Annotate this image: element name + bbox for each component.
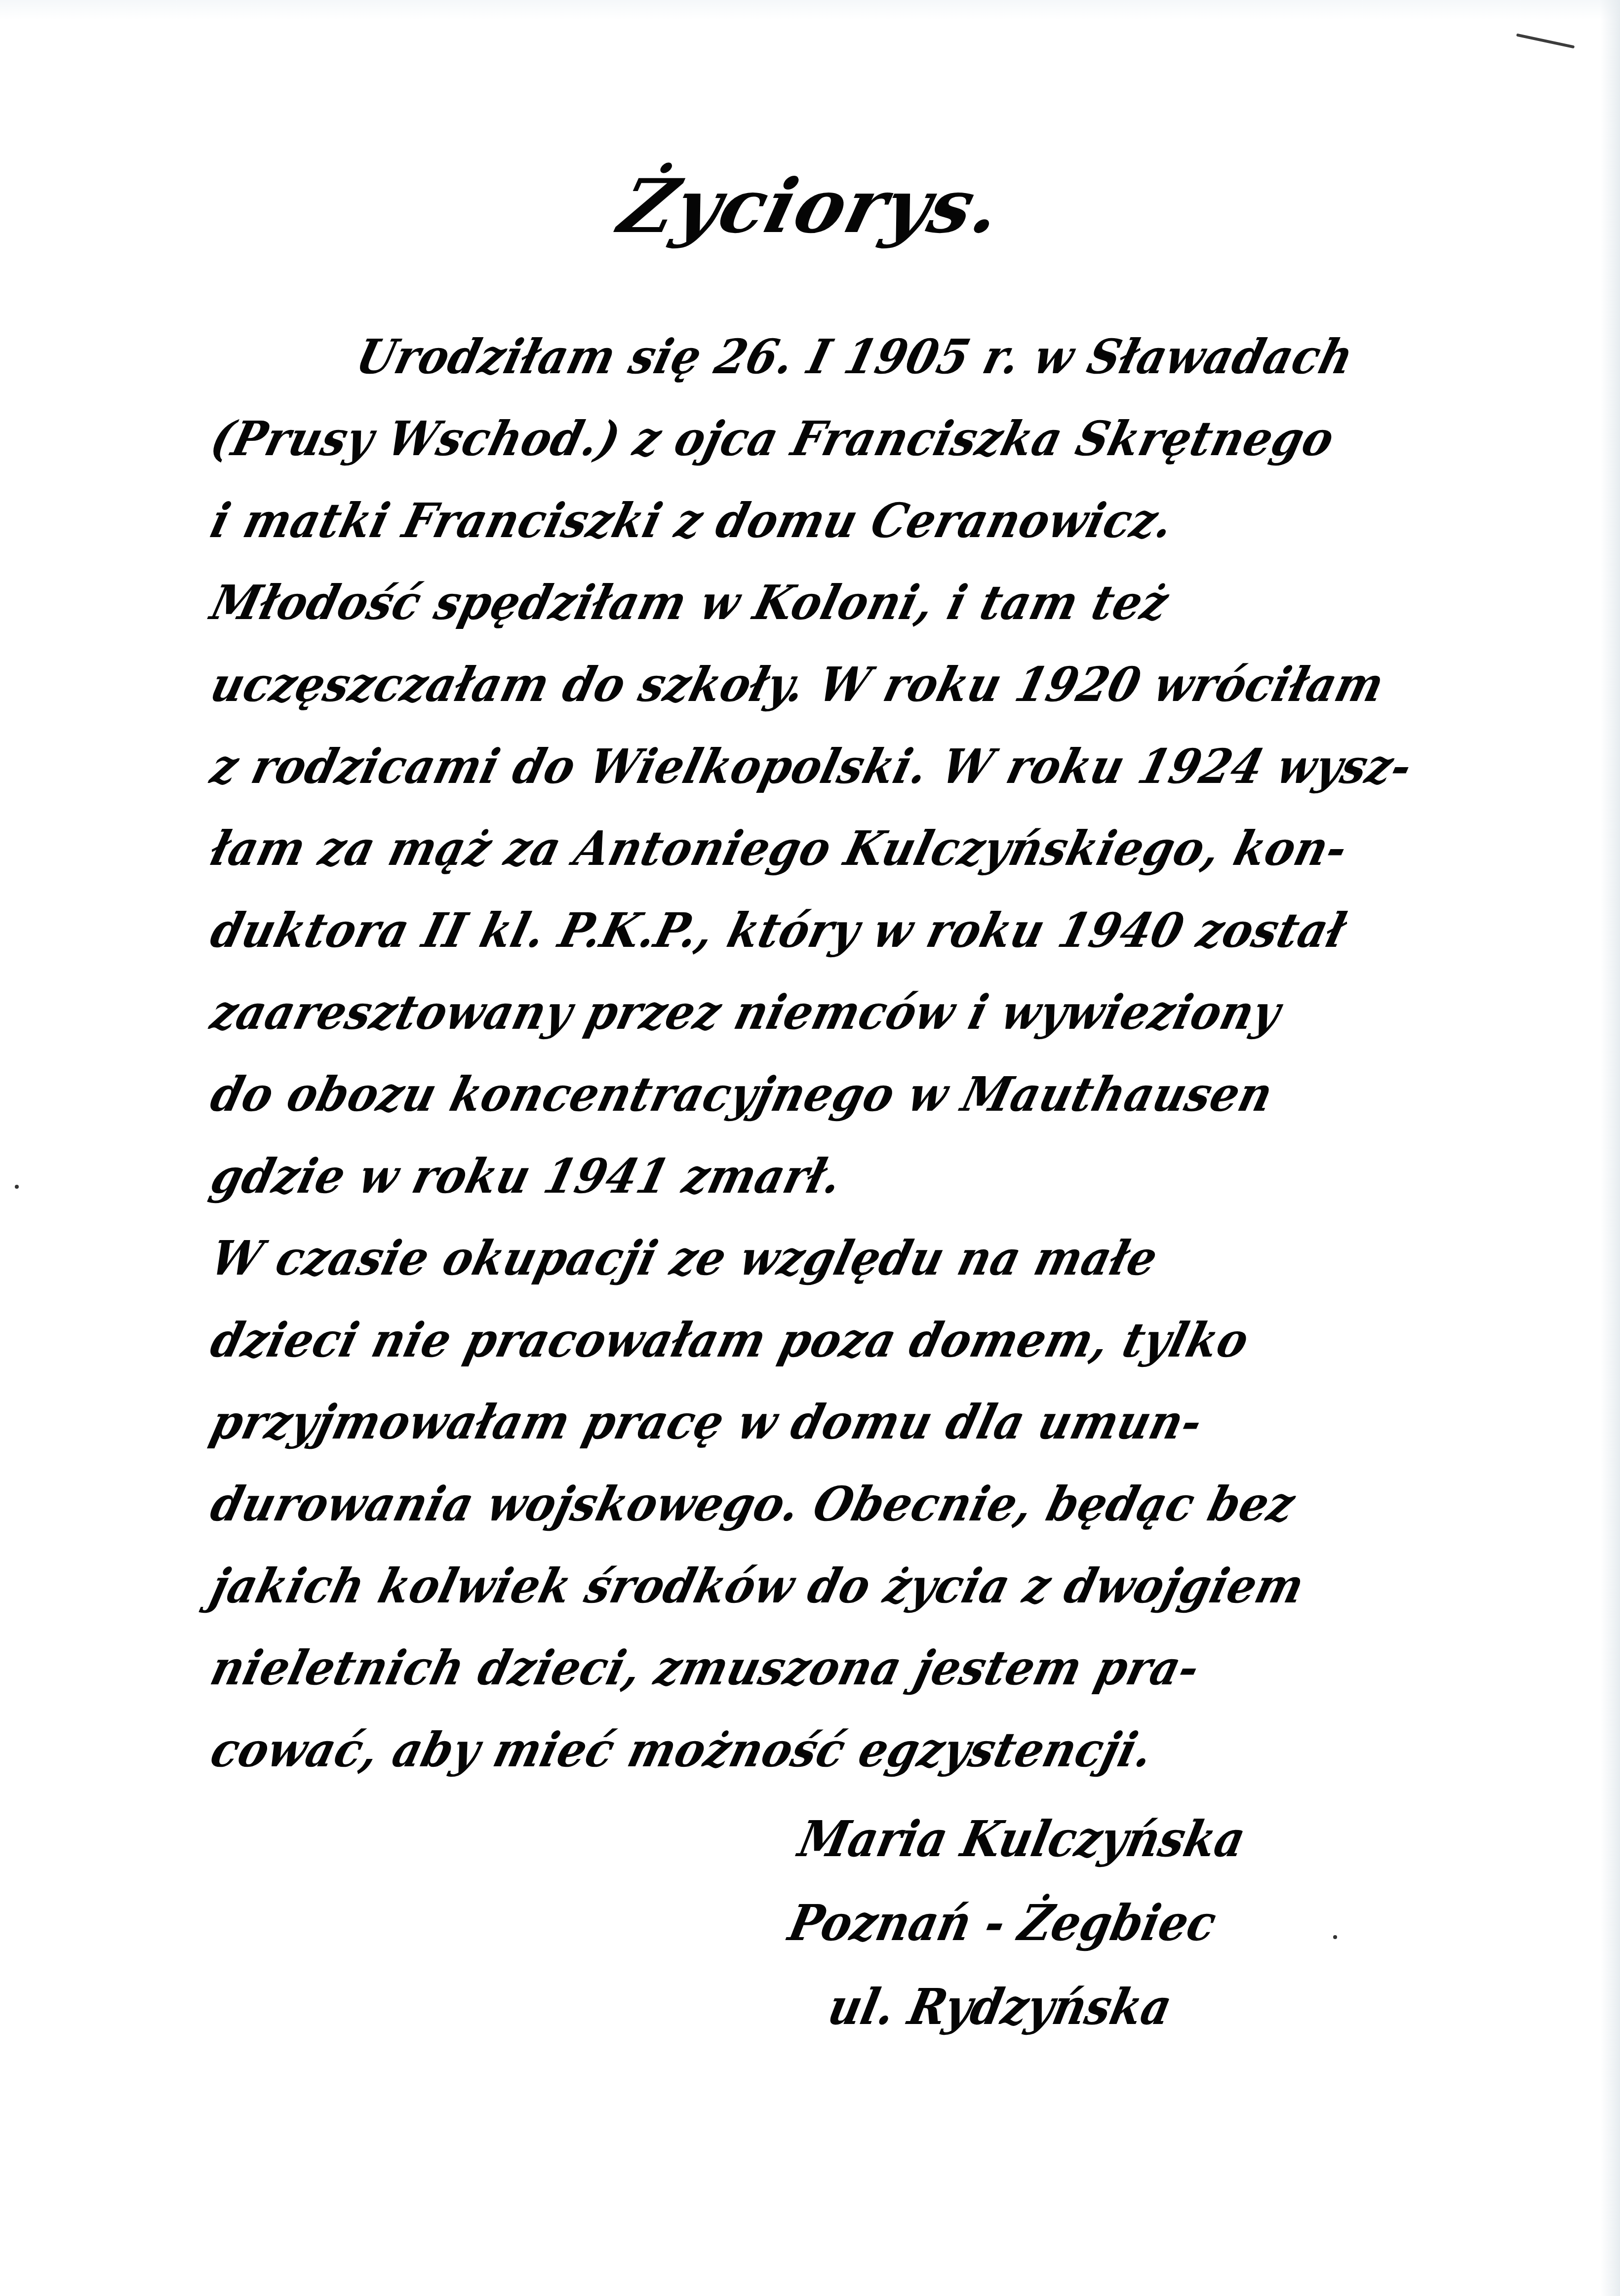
pen-mark (1516, 34, 1575, 49)
margin-speck (1333, 1935, 1337, 1939)
body-line: przyjmowałam pracę w domu dla umun- (202, 1381, 1449, 1463)
signature-name: Maria Kulczyńska (791, 1797, 1253, 1881)
biography-body: Urodziłam się 26. I 1905 r. w Sławadach … (212, 316, 1545, 1791)
body-line: W czasie okupacji ze względu na małe (202, 1217, 1449, 1299)
body-line: uczęszczałam do szkoły. W roku 1920 wróc… (202, 644, 1449, 726)
document-title: Życiorys. (611, 163, 1011, 250)
margin-speck (15, 1185, 19, 1189)
scan-edge-shadow (1600, 0, 1620, 2296)
body-line: (Prusy Wschod.) z ojca Franciszka Skrętn… (202, 398, 1449, 480)
body-line: zaaresztowany przez niemców i wywieziony (202, 972, 1449, 1053)
body-line: durowania wojskowego. Obecnie, będąc bez (202, 1463, 1449, 1545)
body-line: i matki Franciszki z domu Ceranowicz. (202, 480, 1449, 562)
body-line: dzieci nie pracowałam poza domem, tylko (202, 1299, 1449, 1381)
body-line: z rodzicami do Wielkopolski. W roku 1924… (202, 726, 1449, 808)
body-line: nieletnich dzieci, zmuszona jestem pra- (202, 1627, 1449, 1709)
document-page: Życiorys. Urodziłam się 26. I 1905 r. w … (0, 0, 1620, 2296)
body-line: do obozu koncentracyjnego w Mauthausen (202, 1053, 1449, 1135)
body-line: łam za mąż za Antoniego Kulczyńskiego, k… (202, 808, 1449, 890)
signature-street: ul. Rydzyńska (821, 1965, 1256, 2049)
body-line: duktora II kl. P.K.P., który w roku 1940… (202, 890, 1449, 972)
body-line: gdzie w roku 1941 zmarł. (202, 1135, 1449, 1217)
signature-block: Maria Kulczyńska Poznań - Żegbiec ul. Ry… (800, 1797, 1294, 2049)
body-line: cować, aby mieć możność egzystencji. (202, 1709, 1449, 1791)
body-line: Urodziłam się 26. I 1905 r. w Sławadach (202, 316, 1449, 398)
body-line: Młodość spędziłam w Koloni, i tam też (202, 562, 1449, 644)
body-line: jakich kolwiek środków do życia z dwojgi… (202, 1545, 1449, 1627)
signature-city: Poznań - Żegbiec (781, 1881, 1252, 1965)
